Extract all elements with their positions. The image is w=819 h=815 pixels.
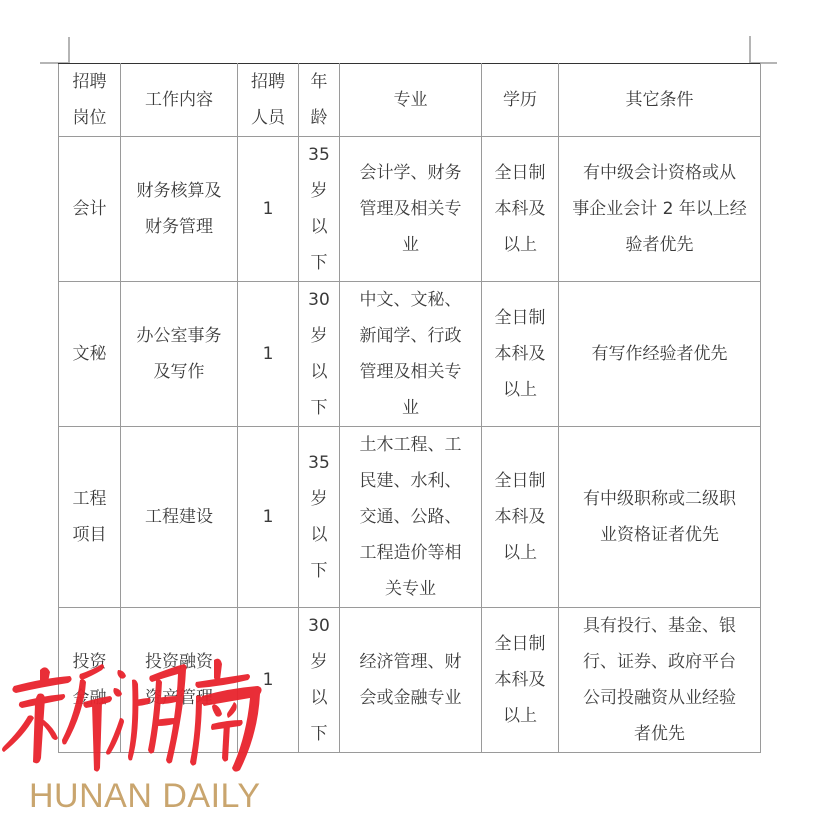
cell-education: 全日制本科及以上 bbox=[482, 427, 559, 608]
hunan-daily-wordmark: HUNAN DAILY bbox=[29, 778, 261, 814]
cell-duties: 投资融资资产管理 bbox=[121, 608, 238, 753]
header-other: 其它条件 bbox=[559, 64, 761, 137]
header-education: 学历 bbox=[482, 64, 559, 137]
cell-duties: 财务核算及财务管理 bbox=[121, 137, 238, 282]
header-position: 招聘岗位 bbox=[59, 64, 121, 137]
header-duties: 工作内容 bbox=[121, 64, 238, 137]
cell-other: 有写作经验者优先 bbox=[559, 282, 761, 427]
table-row: 工程项目 工程建设 1 35岁以下 土木工程、工民建、水利、交通、公路、工程造价… bbox=[59, 427, 761, 608]
cell-duties: 工程建设 bbox=[121, 427, 238, 608]
recruitment-table: 招聘岗位 工作内容 招聘人员 年龄 专业 学历 其它条件 会计 财务核算及财务管… bbox=[58, 63, 761, 753]
cell-count: 1 bbox=[238, 427, 299, 608]
cell-age: 30岁以下 bbox=[299, 282, 340, 427]
cell-position: 工程项目 bbox=[59, 427, 121, 608]
crop-mark-left-vertical bbox=[68, 37, 70, 64]
cell-major: 土木工程、工民建、水利、交通、公路、工程造价等相关专业 bbox=[340, 427, 482, 608]
cell-count: 1 bbox=[238, 137, 299, 282]
cell-position: 会计 bbox=[59, 137, 121, 282]
cell-age: 35岁以下 bbox=[299, 427, 340, 608]
table-header-row: 招聘岗位 工作内容 招聘人员 年龄 专业 学历 其它条件 bbox=[59, 64, 761, 137]
crop-mark-right-vertical bbox=[749, 36, 751, 64]
cell-count: 1 bbox=[238, 608, 299, 753]
header-major: 专业 bbox=[340, 64, 482, 137]
cell-major: 经济管理、财会或金融专业 bbox=[340, 608, 482, 753]
table-row: 投资金融 投资融资资产管理 1 30岁以下 经济管理、财会或金融专业 全日制本科… bbox=[59, 608, 761, 753]
cell-education: 全日制本科及以上 bbox=[482, 608, 559, 753]
table-row: 文秘 办公室事务及写作 1 30岁以下 中文、文秘、新闻学、行政管理及相关专业 … bbox=[59, 282, 761, 427]
cell-age: 35岁以下 bbox=[299, 137, 340, 282]
cell-other: 具有投行、基金、银行、证券、政府平台公司投融资从业经验者优先 bbox=[559, 608, 761, 753]
table-row: 会计 财务核算及财务管理 1 35岁以下 会计学、财务管理及相关专业 全日制本科… bbox=[59, 137, 761, 282]
cell-major: 中文、文秘、新闻学、行政管理及相关专业 bbox=[340, 282, 482, 427]
cell-other: 有中级职称或二级职业资格证者优先 bbox=[559, 427, 761, 608]
cell-education: 全日制本科及以上 bbox=[482, 137, 559, 282]
cell-count: 1 bbox=[238, 282, 299, 427]
cell-age: 30岁以下 bbox=[299, 608, 340, 753]
cell-education: 全日制本科及以上 bbox=[482, 282, 559, 427]
header-count: 招聘人员 bbox=[238, 64, 299, 137]
cell-other: 有中级会计资格或从事企业会计 2 年以上经验者优先 bbox=[559, 137, 761, 282]
header-age: 年龄 bbox=[299, 64, 340, 137]
cell-position: 投资金融 bbox=[59, 608, 121, 753]
cell-position: 文秘 bbox=[59, 282, 121, 427]
cell-major: 会计学、财务管理及相关专业 bbox=[340, 137, 482, 282]
cell-duties: 办公室事务及写作 bbox=[121, 282, 238, 427]
